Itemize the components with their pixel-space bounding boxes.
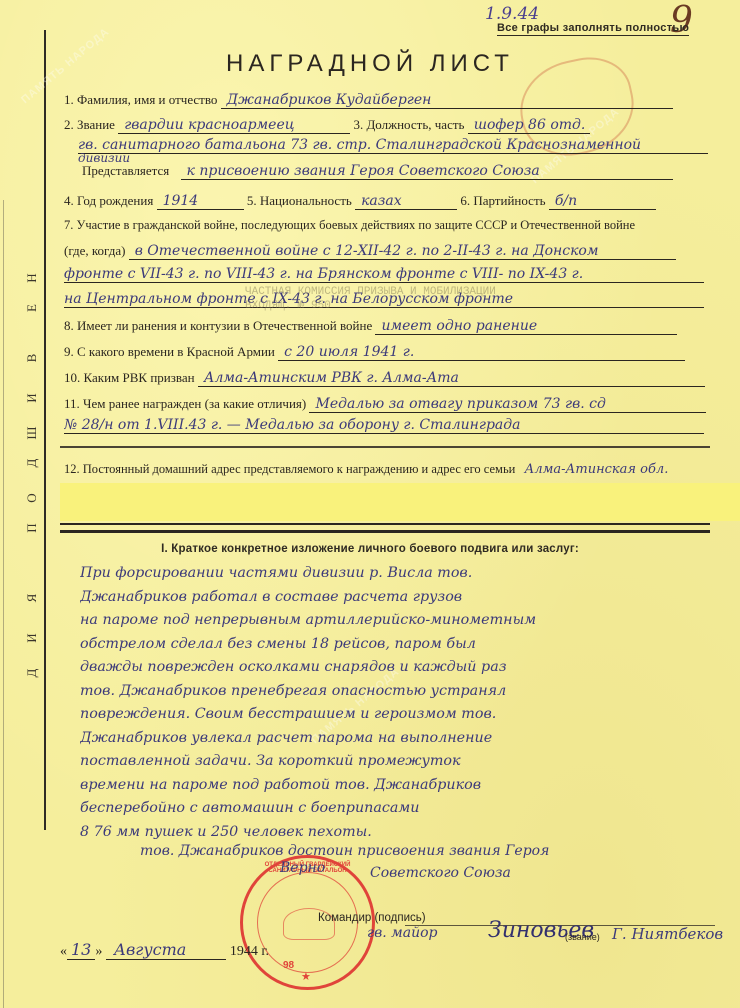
field-value-wounds: имеет одно ранение xyxy=(375,318,677,335)
blank-rule xyxy=(60,446,710,448)
date-quote: » xyxy=(95,944,102,959)
narrative-line: При форсировании частями дивизии р. Висл… xyxy=(80,562,730,586)
star-icon: ★ xyxy=(301,970,311,983)
spine-letter: Н xyxy=(24,270,40,286)
field-label: 6. Партийность xyxy=(460,193,545,208)
narrative-line: дважды поврежден осколками снарядов и ка… xyxy=(80,656,730,680)
spine-letter: В xyxy=(24,350,40,366)
field-name: 1. Фамилия, имя и отчество Джанабриков К… xyxy=(64,92,673,109)
blank-rule xyxy=(60,523,710,525)
field-war-participation: (где, когда) в Отечественной войне с 12-… xyxy=(64,243,676,260)
spine-letter: И xyxy=(24,630,40,646)
field-value-name: Джанабриков Кудайберген xyxy=(221,92,673,109)
narrative-line: обстрелом сделал без смены 18 рейсов, па… xyxy=(80,633,730,657)
spine-caption: Н Е В И Ш Д О П Я И Д xyxy=(20,250,44,750)
field-label: 8. Имеет ли ранения и контузии в Отечест… xyxy=(64,318,372,333)
field-value-war-line: фронте с VII-43 г. по VIII-43 г. на Брян… xyxy=(64,266,704,283)
field-value-position-cont: гв. санитарного батальона 73 гв. стр. Ст… xyxy=(78,137,708,154)
field-army-since: 9. С какого времени в Красной Армии с 20… xyxy=(64,344,685,361)
redacted-address-band xyxy=(60,483,740,521)
document-date: «13» Августа 1944 г. xyxy=(60,940,269,960)
narrative-line: времени на пароме под работой тов. Джана… xyxy=(80,774,730,798)
commander-rank: гв. майор xyxy=(367,925,438,941)
spine-letter: И xyxy=(24,390,40,406)
field-presented: Представляется к присвоению звания Героя… xyxy=(82,163,673,180)
faded-registration-stamp: ЧАСТНАЯ КОМИССИЯ ПРИЗЫВА И МОБИЛИЗАЦИИ В… xyxy=(245,285,496,313)
field-label: (где, когда) xyxy=(64,243,125,258)
section-divider xyxy=(60,530,710,533)
field-value-presented: к присвоению звания Героя Советского Сою… xyxy=(181,163,673,180)
field-home-address: 12. Постоянный домашний адрес представля… xyxy=(64,462,674,477)
narrative-line: Джанабриков увлекал расчет парома на вып… xyxy=(80,727,730,751)
narrative-line: бесперебойно с автомашин с боеприпасами xyxy=(80,797,730,821)
field-value-home-address: Алма-Атинская обл. xyxy=(518,462,674,477)
binding-line xyxy=(44,30,46,830)
field-rvk: 10. Каким РВК призван Алма-Атинским РВК … xyxy=(64,370,705,387)
field-birth-nationality-party: 4. Год рождения 1914 5. Национальность к… xyxy=(64,193,656,210)
field-label: 2. Звание xyxy=(64,117,115,132)
field-value-previous-awards-cont: № 28/н от 1.VIII.43 г. — Медалью за обор… xyxy=(64,417,704,434)
verified-note: Верно xyxy=(280,860,325,876)
commander-surname: Г. Ниятбеков xyxy=(612,925,723,943)
document-title: НАГРАДНОЙ ЛИСТ xyxy=(0,50,740,78)
field-value-position: шофер 86 отд. xyxy=(468,117,590,134)
field-value-previous-awards: Медалью за отвагу приказом 73 гв. сд xyxy=(309,396,706,413)
received-date: 1.9.44 xyxy=(485,4,539,24)
spine-letter: Ш xyxy=(24,425,40,441)
narrative-line: Джанабриков работал в составе расчета гр… xyxy=(80,586,730,610)
spine-letter: О xyxy=(24,490,40,506)
conclusion-line: тов. Джанабриков достоин присвоения зван… xyxy=(140,840,549,862)
field-rank-position: 2. Звание гвардии красноармеец 3. Должно… xyxy=(64,117,590,134)
date-month: Августа xyxy=(106,940,226,960)
field-value-rvk: Алма-Атинским РВК г. Алма-Ата xyxy=(198,370,705,387)
fill-instruction: Все графы заполнять полностью xyxy=(497,22,689,36)
field-label: 12. Постоянный домашний адрес представля… xyxy=(64,462,515,476)
field-wounds: 8. Имеет ли ранения и контузии в Отечест… xyxy=(64,318,677,335)
field-label: 10. Каким РВК призван xyxy=(64,370,195,385)
stamp-line: ЧАСТНАЯ КОМИССИЯ ПРИЗЫВА И МОБИЛИЗАЦИИ xyxy=(245,285,496,299)
narrative-line: тов. Джанабриков пренебрегая опасностью … xyxy=(80,680,730,704)
spine-letter: Я xyxy=(24,590,40,606)
merits-narrative: При форсировании частями дивизии р. Висл… xyxy=(80,562,730,844)
page-edge-line xyxy=(3,200,4,1008)
date-day: 13 xyxy=(67,940,95,960)
field-label: 5. Национальность xyxy=(247,193,352,208)
commander-label: Командир (подпись) xyxy=(318,912,426,924)
field-label: 3. Должность, часть xyxy=(353,117,464,132)
section-title-merits: I. Краткое конкретное изложение личного … xyxy=(0,543,740,555)
rank-caption: (звание) xyxy=(565,932,600,942)
spine-letter: П xyxy=(24,520,40,536)
spine-letter: Е xyxy=(24,300,40,316)
narrative-line: повреждения. Своим бесстрашием и героизм… xyxy=(80,703,730,727)
field-label: 11. Чем ранее награжден (за какие отличи… xyxy=(64,396,306,411)
date-quote: « xyxy=(60,944,67,959)
field-value-party: б/п xyxy=(549,193,656,210)
field-value-war-line: в Отечественной войне с 12-XII-42 г. по … xyxy=(129,243,676,260)
date-year: 1944 xyxy=(230,944,258,959)
narrative-line: на пароме под непрерывным артиллерийско-… xyxy=(80,609,730,633)
field-value-rank: гвардии красноармеец xyxy=(118,117,350,134)
field-war-participation-label: 7. Участие в гражданской войне, последую… xyxy=(64,218,635,233)
field-previous-awards: 11. Чем ранее награжден (за какие отличи… xyxy=(64,396,706,413)
seal-number: 98 xyxy=(283,960,294,971)
spine-letter: Д xyxy=(24,455,40,471)
field-label: 4. Год рождения xyxy=(64,193,153,208)
field-value-nationality: казах xyxy=(355,193,457,210)
stamp-line: ВХОДЯЩ. № 950 xyxy=(245,299,496,313)
spine-letter: Д xyxy=(24,665,40,681)
field-value-birth-year: 1914 xyxy=(157,193,244,210)
narrative-line: поставленной задачи. За короткий промежу… xyxy=(80,750,730,774)
field-label: 1. Фамилия, имя и отчество xyxy=(64,92,217,107)
field-value-army-since: с 20 июля 1941 г. xyxy=(278,344,685,361)
field-label: Представляется xyxy=(82,163,169,178)
field-label: 9. С какого времени в Красной Армии xyxy=(64,344,275,359)
date-suffix: г. xyxy=(261,944,269,959)
